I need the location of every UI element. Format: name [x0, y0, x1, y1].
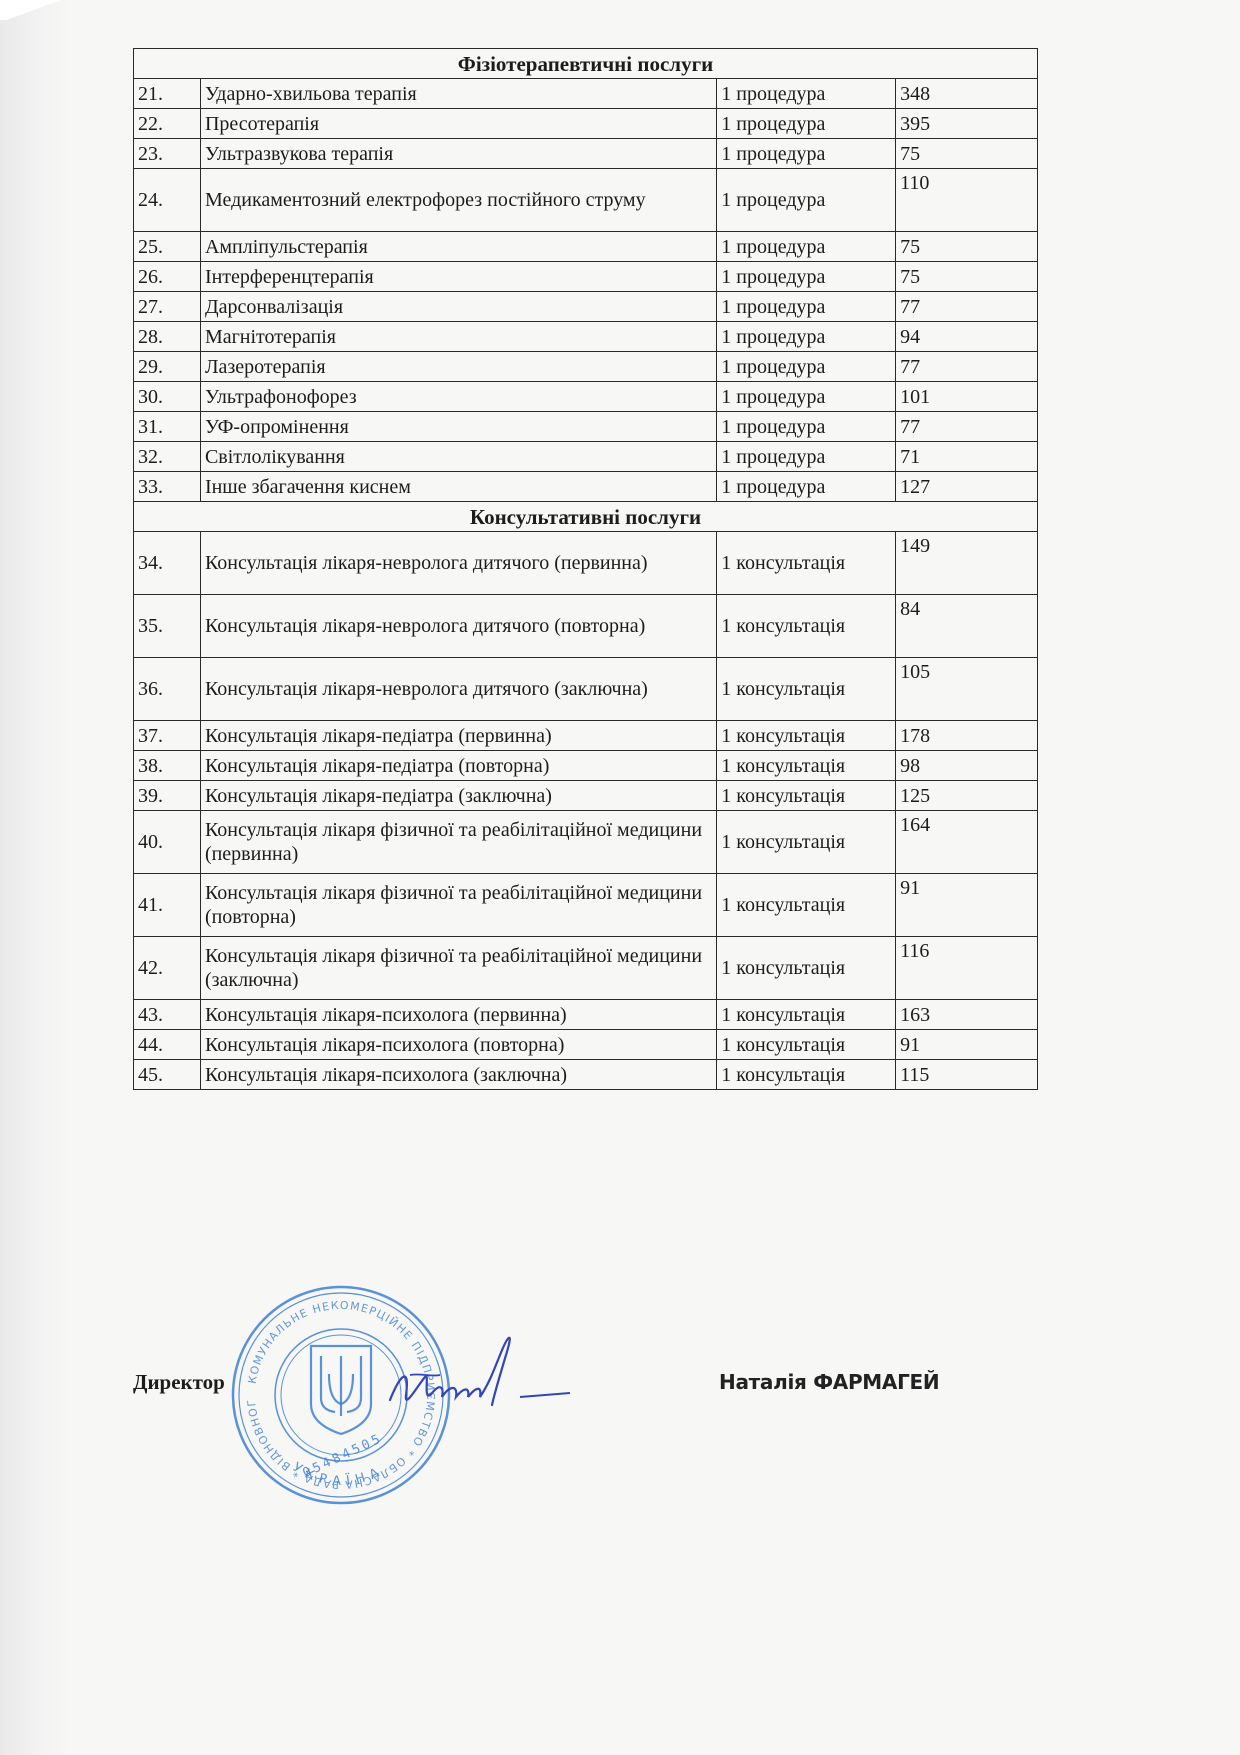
service-price: 125 — [896, 781, 1038, 811]
table-row: 44.Консультація лікаря-психолога (повтор… — [134, 1030, 1038, 1060]
row-number: 24. — [134, 169, 201, 232]
row-number: 22. — [134, 109, 201, 139]
row-number: 36. — [134, 658, 201, 721]
service-price: 163 — [896, 1000, 1038, 1030]
service-unit: 1 процедура — [717, 109, 896, 139]
service-name: Консультація лікаря-психолога (первинна) — [200, 1000, 716, 1030]
table-row: 24.Медикаментозний електрофорез постійно… — [134, 169, 1038, 232]
service-unit: 1 процедура — [717, 169, 896, 232]
service-unit: 1 консультація — [717, 658, 896, 721]
service-name: Інше збагачення киснем — [200, 472, 716, 502]
service-name: Ультразвукова терапія — [200, 139, 716, 169]
service-price: 91 — [896, 1030, 1038, 1060]
service-unit: 1 процедура — [717, 352, 896, 382]
service-name: Інтерференцтерапія — [200, 262, 716, 292]
section-title: Фізіотерапевтичні послуги — [134, 49, 1038, 79]
row-number: 29. — [134, 352, 201, 382]
service-price: 94 — [896, 322, 1038, 352]
row-number: 34. — [134, 532, 201, 595]
row-number: 31. — [134, 412, 201, 442]
service-name: Консультація лікаря-педіатра (первинна) — [200, 721, 716, 751]
service-price: 101 — [896, 382, 1038, 412]
service-unit: 1 процедура — [717, 442, 896, 472]
service-name: Магнітотерапія — [200, 322, 716, 352]
row-number: 43. — [134, 1000, 201, 1030]
table-row: 31.УФ-опромінення1 процедура77 — [134, 412, 1038, 442]
service-unit: 1 процедура — [717, 472, 896, 502]
table-row: 23.Ультразвукова терапія1 процедура75 — [134, 139, 1038, 169]
service-unit: 1 консультація — [717, 781, 896, 811]
service-price: 71 — [896, 442, 1038, 472]
service-price: 77 — [896, 412, 1038, 442]
table-row: 34.Консультація лікаря-невролога дитячог… — [134, 532, 1038, 595]
service-name: Консультація лікаря-психолога (заключна) — [200, 1060, 716, 1090]
service-name: УФ-опромінення — [200, 412, 716, 442]
price-list-body: Фізіотерапевтичні послуги21.Ударно-хвиль… — [134, 49, 1038, 1090]
service-unit: 1 процедура — [717, 322, 896, 352]
service-unit: 1 процедура — [717, 382, 896, 412]
service-name: Дарсонвалізація — [200, 292, 716, 322]
table-row: 30.Ультрафонофорез1 процедура101 — [134, 382, 1038, 412]
service-name: Консультація лікаря фізичної та реабіліт… — [200, 937, 716, 1000]
row-number: 40. — [134, 811, 201, 874]
service-unit: 1 консультація — [717, 532, 896, 595]
section-title: Консультативні послуги — [134, 502, 1038, 532]
service-name: Лазеротерапія — [200, 352, 716, 382]
service-unit: 1 процедура — [717, 292, 896, 322]
table-row: 32.Світлолікування1 процедура71 — [134, 442, 1038, 472]
row-number: 32. — [134, 442, 201, 472]
service-unit: 1 консультація — [717, 751, 896, 781]
service-unit: 1 консультація — [717, 1000, 896, 1030]
row-number: 33. — [134, 472, 201, 502]
service-unit: 1 процедура — [717, 79, 896, 109]
section-header-row: Консультативні послуги — [134, 502, 1038, 532]
service-name: Консультація лікаря-педіатра (повторна) — [200, 751, 716, 781]
service-price: 75 — [896, 232, 1038, 262]
service-name: Ампліпульстерапія — [200, 232, 716, 262]
service-name: Консультація лікаря-невролога дитячого (… — [200, 658, 716, 721]
service-price: 110 — [896, 169, 1038, 232]
service-name: Ударно-хвильова терапія — [200, 79, 716, 109]
service-name: Медикаментозний електрофорез постійного … — [200, 169, 716, 232]
table-row: 41.Консультація лікаря фізичної та реабі… — [134, 874, 1038, 937]
table-row: 27.Дарсонвалізація1 процедура77 — [134, 292, 1038, 322]
price-list-table: Фізіотерапевтичні послуги21.Ударно-хвиль… — [133, 48, 1038, 1090]
row-number: 23. — [134, 139, 201, 169]
row-number: 35. — [134, 595, 201, 658]
table-row: 29.Лазеротерапія1 процедура77 — [134, 352, 1038, 382]
table-row: 45.Консультація лікаря-психолога (заключ… — [134, 1060, 1038, 1090]
table-row: 25.Ампліпульстерапія1 процедура75 — [134, 232, 1038, 262]
service-name: Світлолікування — [200, 442, 716, 472]
table-row: 33.Інше збагачення киснем1 процедура127 — [134, 472, 1038, 502]
table-row: 38.Консультація лікаря-педіатра (повторн… — [134, 751, 1038, 781]
service-name: Консультація лікаря-невролога дитячого (… — [200, 532, 716, 595]
service-price: 105 — [896, 658, 1038, 721]
service-name: Пресотерапія — [200, 109, 716, 139]
service-name: Консультація лікаря-невролога дитячого (… — [200, 595, 716, 658]
service-unit: 1 процедура — [717, 262, 896, 292]
service-name: Ультрафонофорез — [200, 382, 716, 412]
director-name: Наталія ФАРМАГЕЙ — [719, 1370, 939, 1394]
service-price: 116 — [896, 937, 1038, 1000]
table-row: 40.Консультація лікаря фізичної та реабі… — [134, 811, 1038, 874]
service-unit: 1 процедура — [717, 139, 896, 169]
director-label: Директор — [133, 1370, 225, 1395]
service-price: 77 — [896, 292, 1038, 322]
row-number: 41. — [134, 874, 201, 937]
table-row: 42.Консультація лікаря фізичної та реабі… — [134, 937, 1038, 1000]
service-price: 98 — [896, 751, 1038, 781]
table-row: 36.Консультація лікаря-невролога дитячог… — [134, 658, 1038, 721]
row-number: 28. — [134, 322, 201, 352]
service-unit: 1 консультація — [717, 874, 896, 937]
service-unit: 1 процедура — [717, 412, 896, 442]
service-price: 75 — [896, 262, 1038, 292]
service-price: 178 — [896, 721, 1038, 751]
table-row: 37.Консультація лікаря-педіатра (первинн… — [134, 721, 1038, 751]
service-unit: 1 процедура — [717, 232, 896, 262]
table-row: 22.Пресотерапія1 процедура395 — [134, 109, 1038, 139]
row-number: 44. — [134, 1030, 201, 1060]
service-unit: 1 консультація — [717, 1060, 896, 1090]
service-name: Консультація лікаря фізичної та реабіліт… — [200, 874, 716, 937]
table-row: 26.Інтерференцтерапія1 процедура75 — [134, 262, 1038, 292]
service-price: 348 — [896, 79, 1038, 109]
section-header-row: Фізіотерапевтичні послуги — [134, 49, 1038, 79]
row-number: 30. — [134, 382, 201, 412]
service-price: 395 — [896, 109, 1038, 139]
signature-block: Директор Наталія ФАРМАГЕЙ — [133, 1366, 1038, 1406]
service-name: Консультація лікаря-психолога (повторна) — [200, 1030, 716, 1060]
service-unit: 1 консультація — [717, 1030, 896, 1060]
table-row: 43.Консультація лікаря-психолога (первин… — [134, 1000, 1038, 1030]
service-unit: 1 консультація — [717, 811, 896, 874]
row-number: 25. — [134, 232, 201, 262]
service-price: 115 — [896, 1060, 1038, 1090]
service-name: Консультація лікаря-педіатра (заключна) — [200, 781, 716, 811]
service-unit: 1 консультація — [717, 721, 896, 751]
table-row: 39.Консультація лікаря-педіатра (заключн… — [134, 781, 1038, 811]
service-price: 164 — [896, 811, 1038, 874]
row-number: 39. — [134, 781, 201, 811]
table-row: 35.Консультація лікаря-невролога дитячог… — [134, 595, 1038, 658]
row-number: 21. — [134, 79, 201, 109]
table-row: 21.Ударно-хвильова терапія1 процедура348 — [134, 79, 1038, 109]
row-number: 27. — [134, 292, 201, 322]
row-number: 37. — [134, 721, 201, 751]
row-number: 45. — [134, 1060, 201, 1090]
service-price: 149 — [896, 532, 1038, 595]
scan-paper-edge — [0, 0, 70, 1755]
service-price: 75 — [896, 139, 1038, 169]
row-number: 42. — [134, 937, 201, 1000]
row-number: 38. — [134, 751, 201, 781]
service-price: 127 — [896, 472, 1038, 502]
service-unit: 1 консультація — [717, 937, 896, 1000]
row-number: 26. — [134, 262, 201, 292]
table-row: 28.Магнітотерапія1 процедура94 — [134, 322, 1038, 352]
service-price: 84 — [896, 595, 1038, 658]
service-unit: 1 консультація — [717, 595, 896, 658]
service-price: 77 — [896, 352, 1038, 382]
scan-paper-fold — [0, 0, 80, 20]
service-name: Консультація лікаря фізичної та реабіліт… — [200, 811, 716, 874]
service-price: 91 — [896, 874, 1038, 937]
